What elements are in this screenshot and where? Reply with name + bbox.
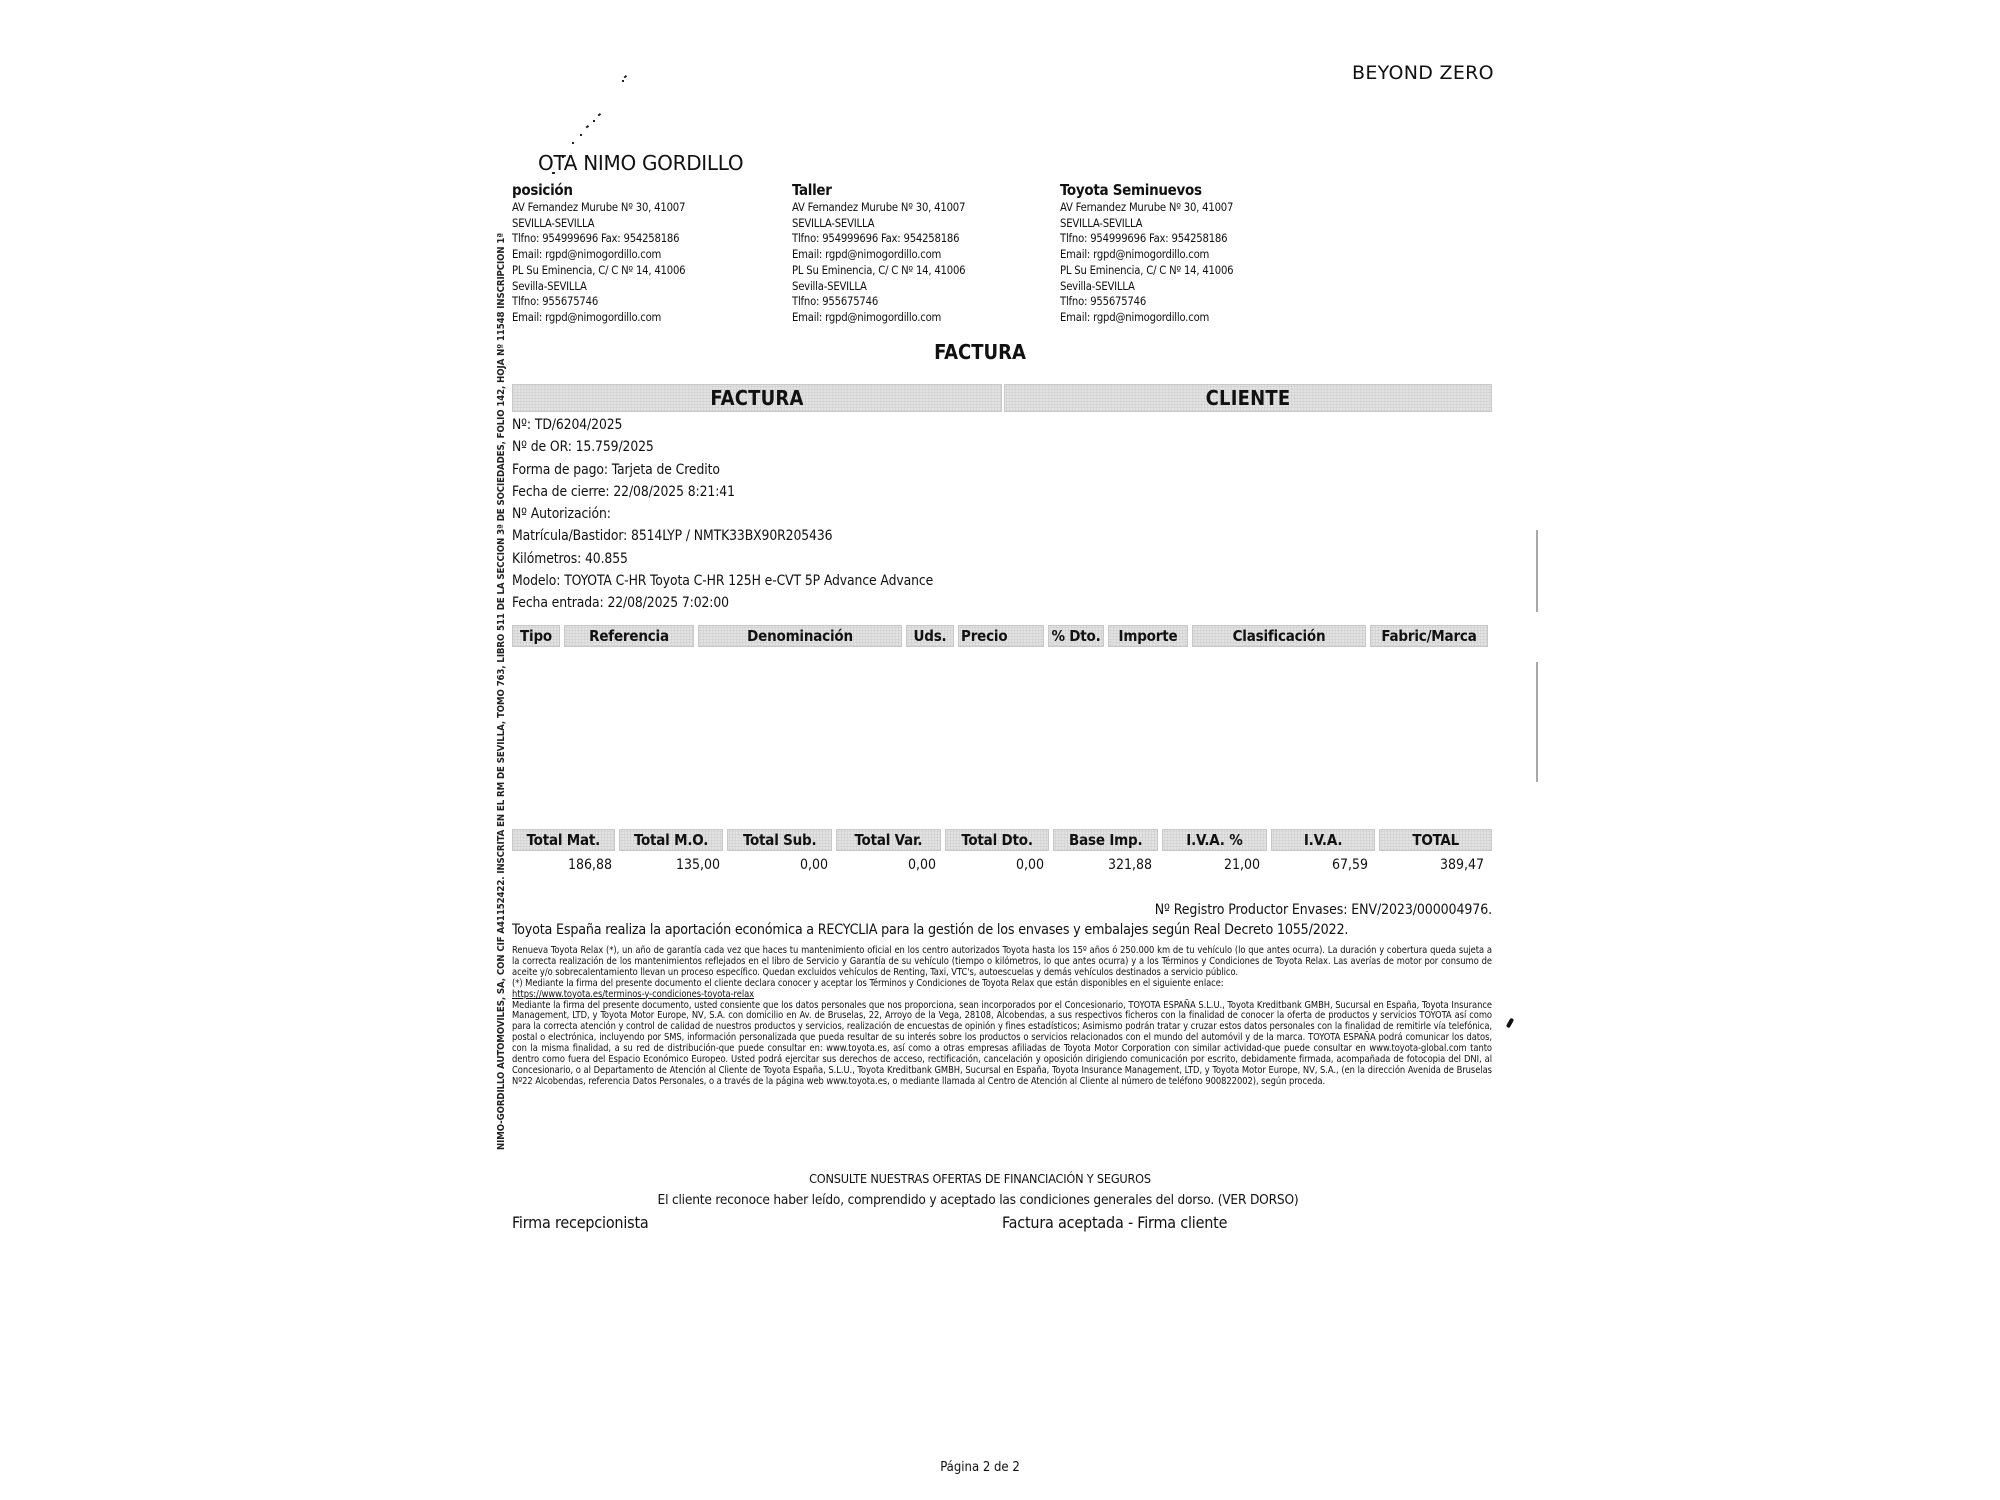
column-header-denominacion: Denominación (698, 625, 902, 647)
branch-line: Tlfno: 955675746 (792, 294, 965, 310)
legal-text: Renueva Toyota Relax (*), un año de gara… (512, 946, 1492, 1088)
page-indicator: Página 2 de 2 (0, 1460, 2000, 1475)
branch-line: Email: rgpd@nimogordillo.com (1060, 310, 1233, 326)
page-indicator-text: Página 2 de 2 (940, 1460, 1020, 1475)
branch-line: Tlfno: 954999696 Fax: 954258186 (792, 231, 965, 247)
branch-line: Email: rgpd@nimogordillo.com (512, 310, 685, 326)
financing-notice-text: CONSULTE NUESTRAS OFERTAS DE FINANCIACIÓ… (809, 1171, 1151, 1186)
grand-total-value: 389,47 (1374, 857, 1486, 873)
total-mat-value: 186,88 (512, 857, 614, 873)
relax-warranty-text: Renueva Toyota Relax (*), un año de gara… (512, 946, 1492, 979)
branch-block-seminuevos: Toyota Seminuevos AV Fernandez Murube Nº… (1060, 182, 1233, 326)
totals-header-mo: Total M.O. (619, 829, 724, 851)
column-header-dto: % Dto. (1048, 625, 1104, 647)
totals-header-total: TOTAL (1379, 829, 1492, 851)
branch-line: Sevilla-SEVILLA (512, 279, 685, 295)
total-mo-value: 135,00 (618, 857, 722, 873)
branch-line: PL Su Eminencia, C/ C Nº 14, 41006 (512, 263, 685, 279)
branch-line: Tlfno: 954999696 Fax: 954258186 (1060, 231, 1233, 247)
branch-line: Tlfno: 955675746 (512, 294, 685, 310)
totals-header-mat: Total Mat. (512, 829, 615, 851)
payment-method: Forma de pago: Tarjeta de Credito (512, 459, 933, 481)
closing-date: Fecha de cierre: 22/08/2025 8:21:41 (512, 481, 933, 503)
section-header-cliente: CLIENTE (1004, 384, 1492, 412)
branch-line: Email: rgpd@nimogordillo.com (792, 247, 965, 263)
branch-line: AV Fernandez Murube Nº 30, 41007 (792, 200, 965, 216)
plate-vin: Matrícula/Bastidor: 8514LYP / NMTK33BX90… (512, 525, 933, 547)
branch-line: Email: rgpd@nimogordillo.com (512, 247, 685, 263)
entry-date: Fecha entrada: 22/08/2025 7:02:00 (512, 592, 933, 614)
branch-name: Taller (792, 182, 965, 199)
branch-name: posición (512, 182, 685, 199)
totals-header-sub: Total Sub. (727, 829, 832, 851)
document-title-text: FACTURA (934, 340, 1026, 364)
totals-header-iva: I.V.A. (1271, 829, 1376, 851)
kilometers: Kilómetros: 40.855 (512, 548, 933, 570)
iva-value: 67,59 (1266, 857, 1370, 873)
totals-header: Total Mat. Total M.O. Total Sub. Total V… (512, 829, 1492, 851)
acceptance-notice: El cliente reconoce haber leído, compren… (0, 1192, 2000, 1208)
totals-values: 186,88 135,00 0,00 0,00 0,00 321,88 21,0… (512, 857, 1492, 873)
vehicle-model: Modelo: TOYOTA C-HR Toyota C-HR 125H e-C… (512, 570, 933, 592)
column-header-importe: Importe (1108, 625, 1188, 647)
authorization-number: Nº Autorización: (512, 503, 933, 525)
packaging-registry: Nº Registro Productor Envases: ENV/2023/… (1155, 902, 1492, 918)
branch-line: Email: rgpd@nimogordillo.com (792, 310, 965, 326)
scan-edge-line (1536, 662, 1538, 782)
repair-order-number: Nº de OR: 15.759/2025 (512, 436, 933, 458)
dealer-name: OTA NIMO GORDILLO (538, 151, 743, 175)
invoice-number: Nº: TD/6204/2025 (512, 414, 933, 436)
financing-notice: CONSULTE NUESTRAS OFERTAS DE FINANCIACIÓ… (0, 1171, 2000, 1186)
branch-line: SEVILLA-SEVILLA (792, 216, 965, 232)
privacy-text: Mediante la firma del presente documento… (512, 1001, 1492, 1088)
column-header-precio: Precio (958, 625, 1044, 647)
totals-header-var: Total Var. (836, 829, 941, 851)
branch-line: Email: rgpd@nimogordillo.com (1060, 247, 1233, 263)
section-header-factura: FACTURA (512, 384, 1002, 412)
totals-header-base: Base Imp. (1053, 829, 1158, 851)
branch-block-exposicion: posición AV Fernandez Murube Nº 30, 4100… (512, 182, 685, 326)
iva-pct-value: 21,00 (1158, 857, 1262, 873)
document-title: FACTURA (0, 340, 2000, 364)
totals-header-iva-pct: I.V.A. % (1162, 829, 1267, 851)
branch-line: Sevilla-SEVILLA (792, 279, 965, 295)
relax-terms-link[interactable]: https://www.toyota.es/terminos-y-condici… (512, 989, 754, 1000)
branch-block-taller: Taller AV Fernandez Murube Nº 30, 41007 … (792, 182, 965, 326)
base-imp-value: 321,88 (1050, 857, 1154, 873)
totals-header-dto: Total Dto. (945, 829, 1050, 851)
invoice-fields: Nº: TD/6204/2025 Nº de OR: 15.759/2025 F… (512, 414, 933, 615)
branch-name: Toyota Seminuevos (1060, 182, 1233, 199)
brand-slogan: BEYOND ZERO (1352, 62, 1494, 84)
branch-line: Sevilla-SEVILLA (1060, 279, 1233, 295)
column-header-fabric-marca: Fabric/Marca (1370, 625, 1488, 647)
total-sub-value: 0,00 (726, 857, 830, 873)
branch-line: AV Fernandez Murube Nº 30, 41007 (512, 200, 685, 216)
recyclia-notice: Toyota España realiza la aportación econ… (512, 922, 1348, 938)
acceptance-notice-text: El cliente reconoce haber leído, compren… (658, 1192, 1299, 1208)
receptionist-signature-label: Firma recepcionista (512, 1213, 649, 1232)
total-var-value: 0,00 (834, 857, 938, 873)
line-items-header: Tipo Referencia Denominación Uds. Precio… (512, 625, 1492, 647)
scan-edge-line (1536, 530, 1538, 612)
branch-line: SEVILLA-SEVILLA (1060, 216, 1233, 232)
client-signature-label: Factura aceptada - Firma cliente (1002, 1213, 1227, 1232)
branch-line: Tlfno: 954999696 Fax: 954258186 (512, 231, 685, 247)
branch-line: Tlfno: 955675746 (1060, 294, 1233, 310)
branch-line: PL Su Eminencia, C/ C Nº 14, 41006 (792, 263, 965, 279)
branch-line: PL Su Eminencia, C/ C Nº 14, 41006 (1060, 263, 1233, 279)
column-header-tipo: Tipo (512, 625, 560, 647)
column-header-clasificacion: Clasificación (1192, 625, 1366, 647)
branch-line: SEVILLA-SEVILLA (512, 216, 685, 232)
total-dto-value: 0,00 (942, 857, 1046, 873)
column-header-referencia: Referencia (564, 625, 694, 647)
column-header-uds: Uds. (906, 625, 954, 647)
branch-line: AV Fernandez Murube Nº 30, 41007 (1060, 200, 1233, 216)
scan-artifact-mark (1506, 1018, 1514, 1029)
company-registry-vertical: NIMO-GORDILLO AUTOMOVILES, SA, CON CIF A… (496, 233, 507, 1150)
